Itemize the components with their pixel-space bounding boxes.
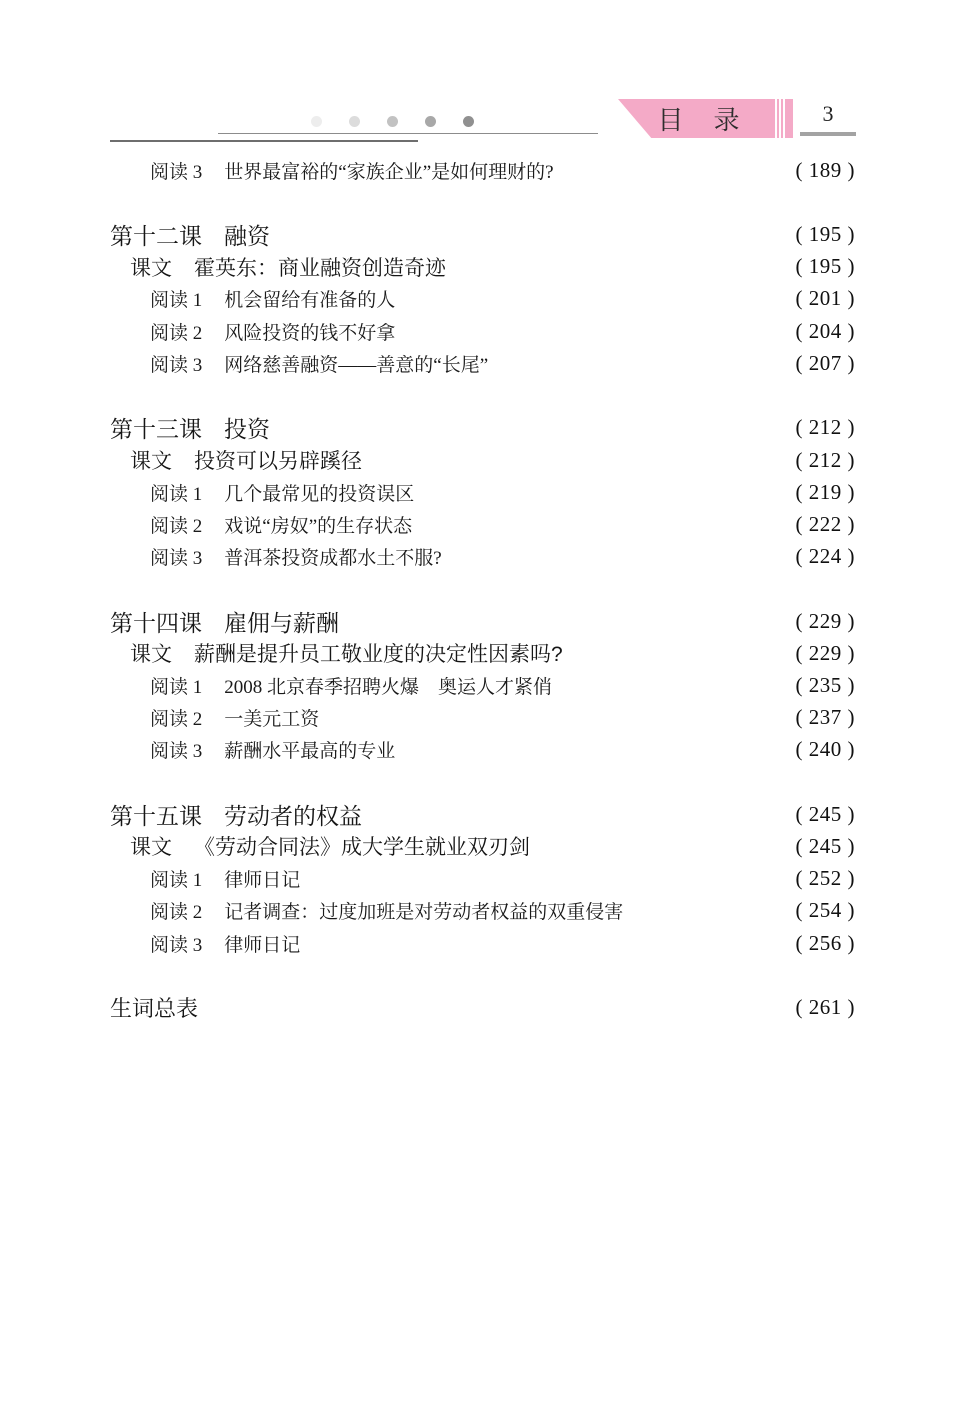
entry-page: ( 189 ) xyxy=(796,158,856,183)
toc-entry: 课文 薪酬是提升员工敬业度的决定性因素吗? ( 229 ) xyxy=(110,637,855,669)
toc-entry: 阅读 3 薪酬水平最高的专业 ( 240 ) xyxy=(110,734,855,766)
entry-title: 几个最常见的投资误区 xyxy=(224,479,414,506)
dot-icon xyxy=(311,116,322,127)
entry-title: 风险投资的钱不好拿 xyxy=(224,318,395,345)
entry-page: ( 212 ) xyxy=(796,448,856,473)
entry-label: 阅读 2 xyxy=(150,318,202,345)
header-rule-bottom xyxy=(110,140,418,142)
section-label: 第十二课 xyxy=(110,218,202,251)
toc-entry: 阅读 1 律师日记 ( 252 ) xyxy=(110,863,855,895)
section-label: 第十五课 xyxy=(110,798,202,831)
entry-page: ( 240 ) xyxy=(796,737,856,762)
entry-label: 阅读 1 xyxy=(150,672,202,699)
toc-banner: 目 录 xyxy=(618,99,793,138)
toc-entry: 阅读 1 几个最常见的投资误区 ( 219 ) xyxy=(110,476,855,508)
entry-title: 《劳动合同法》成大学生就业双刃剑 xyxy=(194,831,530,861)
section-title: 雇佣与薪酬 xyxy=(224,605,339,638)
entry-label: 课文 xyxy=(130,831,172,861)
entry-title: 律师日记 xyxy=(224,865,300,892)
toc-section-heading: 第十三课 投资 ( 212 ) xyxy=(110,412,855,444)
header-rule-top xyxy=(218,133,598,134)
entry-page: ( 235 ) xyxy=(796,673,856,698)
dot-icon xyxy=(425,116,436,127)
toc-banner-title: 目 录 xyxy=(643,100,767,137)
page-number-underline xyxy=(800,132,856,136)
toc-entry: 阅读 1 机会留给有准备的人 ( 201 ) xyxy=(110,283,855,315)
entry-page: ( 261 ) xyxy=(796,995,856,1020)
entry-page: ( 256 ) xyxy=(796,931,856,956)
toc-entry: 阅读 3 世界最富裕的“家族企业”是如何理财的? ( 189 ) xyxy=(110,154,855,186)
entry-title: 记者调查：过度加班是对劳动者权益的双重侵害 xyxy=(224,897,623,924)
section-page: ( 245 ) xyxy=(796,802,856,827)
banner-stripe xyxy=(783,99,785,138)
toc-entry: 阅读 2 风险投资的钱不好拿 ( 204 ) xyxy=(110,315,855,347)
toc-entry: 课文 投资可以另辟蹊径 ( 212 ) xyxy=(110,444,855,476)
dot-icon xyxy=(463,116,474,127)
entry-title: 世界最富裕的“家族企业”是如何理财的? xyxy=(224,157,553,184)
toc-entry: 阅读 2 一美元工资 ( 237 ) xyxy=(110,702,855,734)
entry-label: 阅读 3 xyxy=(150,543,202,570)
section-label: 第十四课 xyxy=(110,605,202,638)
dot-icon xyxy=(387,116,398,127)
section-title: 投资 xyxy=(224,411,270,444)
toc-entry: 阅读 3 网络慈善融资——善意的“长尾” ( 207 ) xyxy=(110,347,855,379)
entry-title: 2008 北京春季招聘火爆 奥运人才紧俏 xyxy=(224,672,552,699)
toc-section-heading: 第十五课 劳动者的权益 ( 245 ) xyxy=(110,798,855,830)
banner-stripe xyxy=(775,99,777,138)
entry-page: ( 224 ) xyxy=(796,544,856,569)
entry-label: 课文 xyxy=(130,445,172,475)
toc-entry: 阅读 1 2008 北京春季招聘火爆 奥运人才紧俏 ( 235 ) xyxy=(110,669,855,701)
entry-label: 阅读 2 xyxy=(150,511,202,538)
entry-page: ( 207 ) xyxy=(796,351,856,376)
dot-icon xyxy=(349,116,360,127)
entry-label: 阅读 1 xyxy=(150,865,202,892)
entry-title: 投资可以另辟蹊径 xyxy=(194,445,362,475)
entry-label: 课文 xyxy=(130,252,172,282)
entry-label: 课文 xyxy=(130,638,172,668)
entry-page: ( 237 ) xyxy=(796,705,856,730)
entry-page: ( 195 ) xyxy=(796,254,856,279)
entry-page: ( 252 ) xyxy=(796,866,856,891)
toc-section-heading: 第十二课 融资 ( 195 ) xyxy=(110,218,855,250)
page-number: 3 xyxy=(800,101,856,127)
entry-label: 阅读 2 xyxy=(150,704,202,731)
entry-label: 阅读 3 xyxy=(150,736,202,763)
entry-label: 阅读 1 xyxy=(150,479,202,506)
toc-entry: 课文 《劳动合同法》成大学生就业双刃剑 ( 245 ) xyxy=(110,830,855,862)
toc-entry: 阅读 3 律师日记 ( 256 ) xyxy=(110,927,855,959)
section-label: 第十三课 xyxy=(110,411,202,444)
entry-title: 生词总表 xyxy=(110,992,198,1023)
section-page: ( 229 ) xyxy=(796,609,856,634)
entry-label: 阅读 3 xyxy=(150,350,202,377)
entry-label: 阅读 3 xyxy=(150,157,202,184)
header-dots xyxy=(311,116,474,127)
entry-title: 普洱茶投资成都水土不服? xyxy=(224,543,441,570)
section-page: ( 212 ) xyxy=(796,415,856,440)
entry-page: ( 222 ) xyxy=(796,512,856,537)
entry-title: 一美元工资 xyxy=(224,704,319,731)
entry-label: 阅读 1 xyxy=(150,285,202,312)
entry-title: 霍英东：商业融资创造奇迹 xyxy=(194,252,446,282)
entry-page: ( 219 ) xyxy=(796,480,856,505)
section-title: 劳动者的权益 xyxy=(224,798,362,831)
entry-title: 机会留给有准备的人 xyxy=(224,285,395,312)
entry-label: 阅读 2 xyxy=(150,897,202,924)
entry-page: ( 254 ) xyxy=(796,898,856,923)
table-of-contents: 阅读 3 世界最富裕的“家族企业”是如何理财的? ( 189 ) 第十二课 融资… xyxy=(110,154,855,1024)
banner-stripe xyxy=(779,99,781,138)
toc-entry: 阅读 2 戏说“房奴”的生存状态 ( 222 ) xyxy=(110,508,855,540)
toc-entry: 阅读 3 普洱茶投资成都水土不服? ( 224 ) xyxy=(110,540,855,572)
entry-title: 薪酬水平最高的专业 xyxy=(224,736,395,763)
section-page: ( 195 ) xyxy=(796,222,856,247)
entry-page: ( 245 ) xyxy=(796,834,856,859)
section-title: 融资 xyxy=(224,218,270,251)
entry-title: 戏说“房奴”的生存状态 xyxy=(224,511,412,538)
entry-title: 薪酬是提升员工敬业度的决定性因素吗? xyxy=(194,638,563,668)
toc-entry: 课文 霍英东：商业融资创造奇迹 ( 195 ) xyxy=(110,251,855,283)
toc-section-heading: 第十四课 雇佣与薪酬 ( 229 ) xyxy=(110,605,855,637)
toc-glossary-entry: 生词总表 ( 261 ) xyxy=(110,991,855,1023)
entry-page: ( 204 ) xyxy=(796,319,856,344)
toc-entry: 阅读 2 记者调查：过度加班是对劳动者权益的双重侵害 ( 254 ) xyxy=(110,895,855,927)
entry-title: 律师日记 xyxy=(224,930,300,957)
entry-page: ( 201 ) xyxy=(796,286,856,311)
entry-page: ( 229 ) xyxy=(796,641,856,666)
entry-title: 网络慈善融资——善意的“长尾” xyxy=(224,350,488,377)
entry-label: 阅读 3 xyxy=(150,930,202,957)
